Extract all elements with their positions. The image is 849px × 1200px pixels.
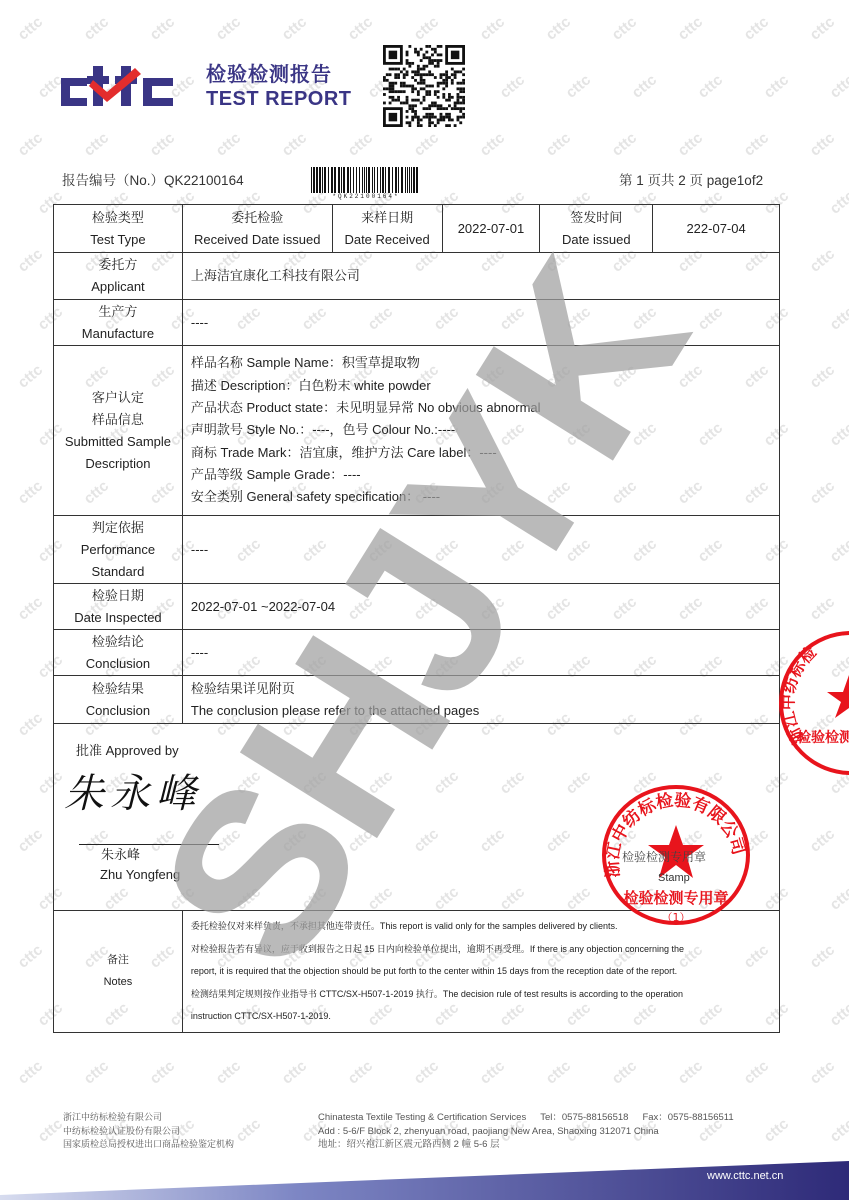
footer-org-list: 浙江中纺标检验有限公司 中纺标检验认证股份有限公司 国家质检总局授权进出口商品检…: [63, 1111, 234, 1152]
report-number-label: 报告编号（No.）: [62, 173, 164, 188]
notes-line: 检测结果判定规则按作业指导书 CTTC/SX-H507-1-2019 执行。Th…: [191, 983, 771, 1006]
footer-fax: Fax：0575-88156511: [642, 1112, 733, 1123]
sample-info-value: 样品名称 Sample Name：积雪草提取物 描述 Description：白…: [182, 346, 779, 516]
report-title: 检验检测报告 TEST REPORT: [206, 63, 352, 111]
date-received-value: 2022-07-01: [442, 205, 540, 253]
seam-stamp-icon: 浙江中纺标检 检验检测: [775, 630, 849, 776]
sample-info-label: 客户认定样品信息 Submitted SampleDescription: [54, 346, 183, 516]
standard-value: ----: [182, 516, 779, 584]
notes-line: instruction CTTC/SX-H507-1-2019.: [191, 1005, 771, 1028]
footer-org: 中纺标检验认证股份有限公司: [63, 1125, 234, 1139]
footer-address-en: Add : 5-6/F Block 2, zhenyuan road, paoj…: [318, 1125, 734, 1139]
sample-line: 商标 Trade Mark：洁宜康，维护方法 Care label：----: [191, 442, 779, 464]
inspected-label: 检验日期Date Inspected: [54, 584, 183, 630]
result-label: 检验结果Conclusion: [54, 676, 183, 724]
signature: 朱永峰: [64, 762, 202, 819]
sample-line: 产品等级 Sample Grade：----: [191, 464, 779, 486]
footer-address-cn: 地址：绍兴袍江新区震元路西侧 2 幢 5-6 层: [318, 1138, 734, 1152]
title-cn: 检验检测报告: [206, 63, 352, 87]
table-row-result: 检验结果Conclusion 检验结果详见附页The conclusion pl…: [54, 676, 780, 724]
standard-label: 判定依据PerformanceStandard: [54, 516, 183, 584]
notes-label: 备注Notes: [54, 911, 183, 1033]
manufacture-value: ----: [182, 300, 779, 346]
approver-name-en: Zhu Yongfeng: [100, 867, 180, 882]
footer-company-en: Chinatesta Textile Testing & Certificati…: [318, 1112, 526, 1123]
table-row-applicant: 委托方Applicant 上海洁宜康化工科技有限公司: [54, 253, 780, 300]
date-issued-label: 签发时间Date issued: [540, 205, 653, 253]
test-type-value: 委托检验Received Date issued: [182, 205, 332, 253]
report-number-value: QK22100164: [164, 173, 244, 188]
notes-value: 委托检验仅对来样负责，不承担其他连带责任。This report is vali…: [182, 911, 779, 1033]
page-info: 第 1 页共 2 页 page1of2: [619, 169, 763, 189]
table-row-notes: 备注Notes 委托检验仅对来样负责，不承担其他连带责任。This report…: [54, 911, 780, 1033]
table-row-header: 检验类型Test Type 委托检验Received Date issued 来…: [54, 205, 780, 253]
svg-text:检验检测: 检验检测: [797, 729, 849, 746]
sample-line: 样品名称 Sample Name：积雪草提取物: [191, 352, 779, 374]
inspected-value: 2022-07-01 ~2022-07-04: [182, 584, 779, 630]
website-link[interactable]: www.cttc.net.cn: [707, 1170, 783, 1182]
footer-org: 国家质检总局授权进出口商品检验鉴定机构: [63, 1138, 234, 1152]
result-value: 检验结果详见附页The conclusion please refer to t…: [182, 676, 779, 724]
date-received-label: 来样日期Date Received: [332, 205, 442, 253]
qr-code-icon: [383, 45, 465, 127]
report-table: 检验类型Test Type 委托检验Received Date issued 来…: [53, 204, 780, 1033]
signature-line: [79, 844, 219, 845]
cttc-logo: [57, 62, 197, 112]
test-type-label: 检验类型Test Type: [54, 205, 183, 253]
conclusion-label: 检验结论Conclusion: [54, 630, 183, 676]
sample-line: 安全类别 General safety specification： ----: [191, 486, 779, 508]
approved-by-label: 批准 Approved by: [76, 740, 179, 759]
table-row-approval: 批准 Approved by 朱永峰 朱永峰 Zhu Yongfeng: [54, 724, 780, 911]
sample-line: 声明款号 Style No.：----，色号 Colour No.:----: [191, 419, 779, 441]
applicant-value: 上海洁宜康化工科技有限公司: [182, 253, 779, 300]
notes-line: 对检验报告若有异议，应于收到报告之日起 15 日内向检验单位提出，逾期不再受理。…: [191, 938, 771, 961]
applicant-label: 委托方Applicant: [54, 253, 183, 300]
table-row-conclusion: 检验结论Conclusion ----: [54, 630, 780, 676]
barcode-text: *QK22100164*: [311, 193, 421, 200]
title-en: TEST REPORT: [206, 87, 352, 111]
approver-name-cn: 朱永峰: [101, 844, 140, 863]
table-row-manufacture: 生产方Manufacture ----: [54, 300, 780, 346]
table-row-standard: 判定依据PerformanceStandard ----: [54, 516, 780, 584]
report-number: 报告编号（No.）QK22100164: [62, 169, 244, 189]
conclusion-value: ----: [182, 630, 779, 676]
table-row-inspected: 检验日期Date Inspected 2022-07-01 ~2022-07-0…: [54, 584, 780, 630]
barcode-icon: [311, 167, 421, 193]
footer-tel: Tel：0575-88156518: [540, 1112, 628, 1123]
svg-text:浙江中纺标检: 浙江中纺标检: [778, 642, 820, 747]
table-row-sample: 客户认定样品信息 Submitted SampleDescription 样品名…: [54, 346, 780, 516]
sample-line: 描述 Description：白色粉末 white powder: [191, 375, 779, 397]
footer-contact: Chinatesta Textile Testing & Certificati…: [318, 1111, 734, 1152]
notes-line: report, it is required that the objectio…: [191, 960, 771, 983]
manufacture-label: 生产方Manufacture: [54, 300, 183, 346]
footer-org: 浙江中纺标检验有限公司: [63, 1111, 234, 1125]
notes-line: 委托检验仅对来样负责，不承担其他连带责任。This report is vali…: [191, 915, 771, 938]
approval-section: 批准 Approved by 朱永峰 朱永峰 Zhu Yongfeng: [54, 724, 779, 910]
date-issued-value: 222-07-04: [653, 205, 780, 253]
sample-line: 产品状态 Product state：未见明显异常 No obvious abn…: [191, 397, 779, 419]
